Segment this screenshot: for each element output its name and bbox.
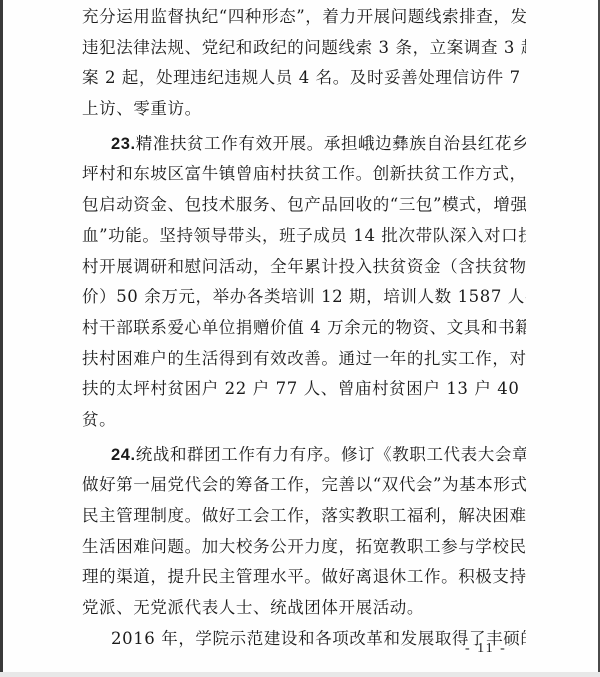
- page-bottom-edge: [0, 672, 600, 677]
- item-heading-text: 统战和群团工作有力有序。修订《教职工代表大会章程》，: [136, 445, 526, 464]
- text-line: 24.统战和群团工作有力有序。修订《教职工代表大会章程》，: [82, 440, 526, 471]
- text-line: 价）50 余万元，举办各类培训 12 期，培训人数 1587 人次。驻: [82, 282, 526, 313]
- page-number: - 11 -: [465, 641, 507, 657]
- paragraph-summary: 2016 年，学院示范建设和各项改革和发展取得了丰硕的成: [82, 624, 526, 655]
- paragraph-item-23: 23.精准扶贫工作有效开展。承担峨边彝族自治县红花乡太 坪村和东坡区富牛镇曾庙村…: [82, 129, 526, 436]
- text-line: 扶的太坪村贫困户 22 户 77 人、曾庙村贫困户 13 户 40 人实现脱: [82, 374, 526, 405]
- text-line: 民主管理制度。做好工会工作，落实教职工福利，解决困难职工: [82, 501, 526, 532]
- text-line: 做好第一届党代会的筹备工作，完善以“双代会”为基本形式的: [82, 470, 526, 501]
- text-line: 生活困难问题。加大校务公开力度，拓宽教职工参与学校民主管: [82, 532, 526, 563]
- paragraph-item-24: 24.统战和群团工作有力有序。修订《教职工代表大会章程》， 做好第一届党代会的筹…: [82, 440, 526, 624]
- text-line: 理的渠道，提升民主管理水平。做好离退休工作。积极支持民主: [82, 562, 526, 593]
- text-line: 充分运用监督执纪“四种形态”，着力开展问题线索排查，发现: [82, 2, 526, 33]
- text-line: 案 2 起，处理违纪违规人员 4 名。及时妥善处理信访件 7 件，无: [82, 63, 526, 94]
- text-line: 血”功能。坚持领导带头，班子成员 14 批次带队深入对口扶贫: [82, 221, 526, 252]
- text-line: 扶村困难户的生活得到有效改善。通过一年的扎实工作，对口帮: [82, 344, 526, 375]
- text-line: 村开展调研和慰问活动，全年累计投入扶贫资金（含扶贫物资折: [82, 252, 526, 283]
- text-line: 违犯法律法规、党纪和政纪的问题线索 3 条，立案调查 3 起，结: [82, 33, 526, 64]
- text-line: 上访、零重访。: [82, 94, 526, 125]
- text-line: 党派、无党派代表人士、统战团体开展活动。: [82, 593, 526, 624]
- item-heading-text: 精准扶贫工作有效开展。承担峨边彝族自治县红花乡太: [136, 134, 526, 153]
- text-line: 23.精准扶贫工作有效开展。承担峨边彝族自治县红花乡太: [82, 129, 526, 160]
- paragraph-continuation: 充分运用监督执纪“四种形态”，着力开展问题线索排查，发现 违犯法律法规、党纪和政…: [82, 2, 526, 125]
- text-line: 村干部联系爱心单位捐赠价值 4 万余元的物资、文具和书籍，帮: [82, 313, 526, 344]
- page-body: 充分运用监督执纪“四种形态”，着力开展问题线索排查，发现 违犯法律法规、党纪和政…: [82, 2, 526, 654]
- item-number: 24.: [111, 446, 136, 464]
- text-line: 2016 年，学院示范建设和各项改革和发展取得了丰硕的成: [82, 624, 526, 655]
- item-number: 23.: [111, 135, 136, 153]
- text-line: 贫。: [82, 405, 526, 436]
- text-line: 包启动资金、包技术服务、包产品回收的“三包”模式，增强“造: [82, 190, 526, 221]
- text-line: 坪村和东坡区富牛镇曾庙村扶贫工作。创新扶贫工作方式，探索: [82, 159, 526, 190]
